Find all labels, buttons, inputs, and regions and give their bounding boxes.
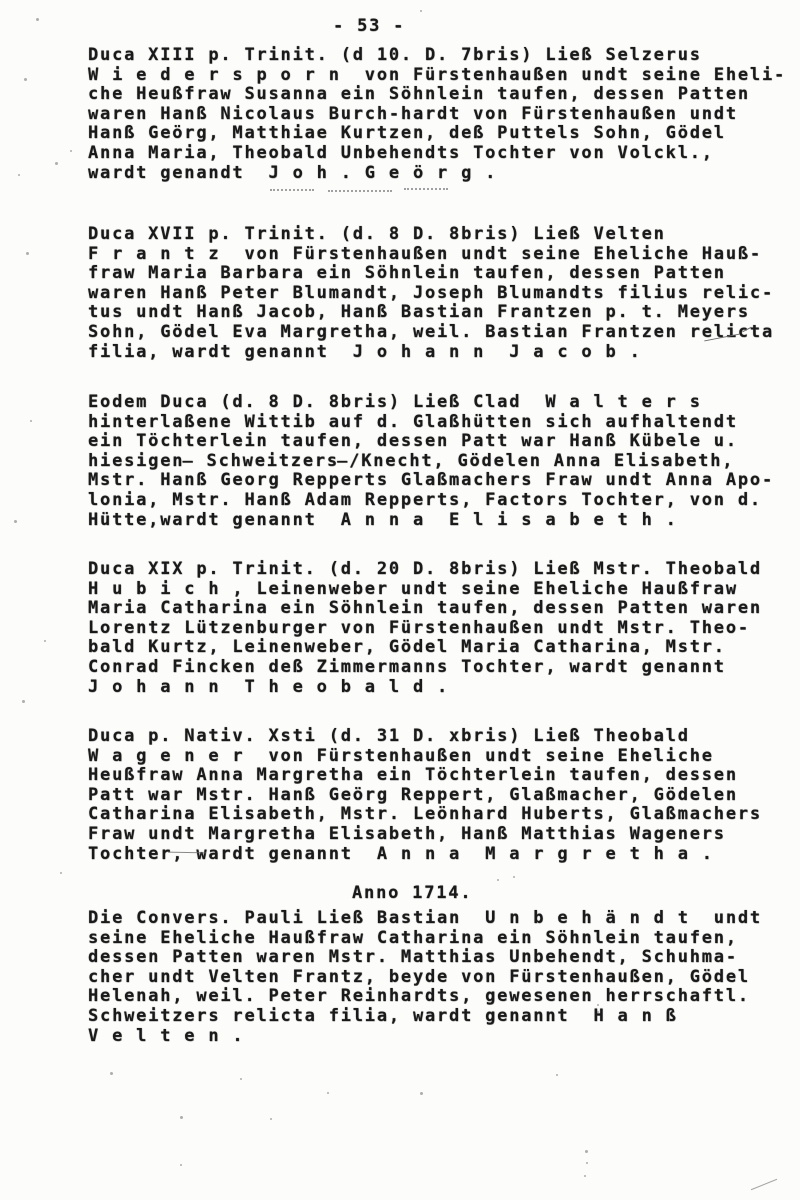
scan-speck bbox=[18, 174, 20, 176]
text-line: Catharina Elisabeth, Mstr. Leönhard Hube… bbox=[88, 805, 762, 825]
text-line: filia, wardt genannt J o h a n n J a c o… bbox=[88, 343, 774, 363]
text-line: seine Eheliche Haußfraw Catharina ein Sö… bbox=[88, 929, 762, 949]
scan-speck bbox=[55, 162, 58, 165]
scan-speck bbox=[420, 1092, 423, 1095]
text-line: che Heußfraw Susanna ein Söhnlein taufen… bbox=[88, 85, 786, 105]
scan-artifact-squiggle bbox=[751, 1179, 777, 1190]
scan-speck bbox=[597, 1004, 599, 1006]
scan-speck bbox=[584, 1175, 586, 1177]
text-line: Schweitzers relicta filia, wardt genannt… bbox=[88, 1007, 762, 1027]
text-line: Sohn, Gödel Eva Margretha, weil. Bastian… bbox=[88, 323, 774, 343]
baptism-entry-anna-elisabeth: Eodem Duca (d. 8 D. 8bris) Ließ Clad W a… bbox=[88, 393, 774, 530]
text-line: F r a n t z von Fürstenhaußen undt seine… bbox=[88, 245, 774, 265]
scan-speck bbox=[585, 1150, 588, 1153]
text-line: Duca XVII p. Trinit. (d. 8 D. 8bris) Lie… bbox=[88, 225, 774, 245]
text-line: Patt war Mstr. Hanß Geörg Reppert, Glaßm… bbox=[88, 786, 762, 806]
scan-speck bbox=[44, 640, 46, 642]
scan-speck bbox=[60, 872, 62, 874]
text-line: W a g e n e r von Fürstenhaußen undt sei… bbox=[88, 747, 762, 767]
text-line: bald Kurtz, Leinenweber, Gödel Maria Cat… bbox=[88, 638, 762, 658]
text-line: Hütte,wardt genannt A n n a E l i s a b … bbox=[88, 511, 774, 531]
text-line: lonia, Mstr. Hanß Adam Repperts, Factors… bbox=[88, 491, 774, 511]
scan-speck bbox=[180, 1116, 183, 1119]
page-number: - 53 - bbox=[333, 17, 405, 37]
text-line: hinterlaßene Wittib auf d. Glaßhütten si… bbox=[88, 413, 774, 433]
scan-speck bbox=[110, 1072, 113, 1075]
scan-speck bbox=[586, 1162, 588, 1164]
text-line: Helenah, weil. Peter Reinhardts, gewesen… bbox=[88, 987, 762, 1007]
text-line: Fraw undt Margretha Elisabeth, Hanß Matt… bbox=[88, 825, 762, 845]
scan-speck bbox=[14, 520, 17, 523]
scan-speck bbox=[327, 1092, 329, 1094]
scan-speck bbox=[22, 700, 25, 703]
text-line: Duca XIII p. Trinit. (d 10. D. 7bris) Li… bbox=[88, 46, 786, 66]
text-line: Die Convers. Pauli Ließ Bastian U n b e … bbox=[88, 909, 762, 929]
scan-speck bbox=[497, 879, 499, 881]
text-line: cher undt Velten Frantz, beyde von Fürst… bbox=[88, 968, 762, 988]
text-line: tus undt Hanß Jacob, Hanß Bastian Frantz… bbox=[88, 303, 774, 323]
scan-artifact-dashes bbox=[328, 190, 392, 192]
scan-artifact-dashes bbox=[404, 188, 448, 190]
scan-artifact-dashes bbox=[270, 189, 314, 191]
baptism-entry-anna-margretha: Duca p. Nativ. Xsti (d. 31 D. xbris) Lie… bbox=[88, 727, 762, 864]
scan-speck bbox=[597, 1011, 599, 1013]
scan-speck bbox=[240, 1078, 242, 1080]
text-line: Conrad Fincken deß Zimmermanns Tochter, … bbox=[88, 658, 762, 678]
text-line: Lorentz Lützenburger von Fürstenhaußen u… bbox=[88, 619, 762, 639]
scan-speck bbox=[24, 78, 27, 81]
text-line: fraw Maria Barbara ein Söhnlein taufen, … bbox=[88, 264, 774, 284]
scanned-document-page: - 53 - Duca XIII p. Trinit. (d 10. D. 7b… bbox=[0, 0, 800, 1200]
scan-speck bbox=[180, 1164, 182, 1166]
scan-speck bbox=[36, 18, 39, 21]
baptism-entry-joh-georg: Duca XIII p. Trinit. (d 10. D. 7bris) Li… bbox=[88, 46, 786, 183]
year-heading: Anno 1714. bbox=[352, 884, 472, 904]
scan-speck bbox=[270, 1118, 272, 1120]
scan-speck bbox=[26, 252, 29, 255]
text-line: ein Töchterlein taufen, dessen Patt war … bbox=[88, 432, 774, 452]
text-line: Anna Maria, Theobald Unbehendts Tochter … bbox=[88, 144, 786, 164]
text-line: Heußfraw Anna Margretha ein Töchterlein … bbox=[88, 766, 762, 786]
text-line: Mstr. Hanß Georg Repperts Glaßmachers Fr… bbox=[88, 471, 774, 491]
text-line: Hanß Geörg, Matthiae Kurtzen, deß Puttel… bbox=[88, 124, 786, 144]
text-line: Maria Catharina ein Söhnlein taufen, des… bbox=[88, 599, 762, 619]
baptism-entry-johann-jacob: Duca XVII p. Trinit. (d. 8 D. 8bris) Lie… bbox=[88, 225, 774, 362]
text-line: J o h a n n T h e o b a l d . bbox=[88, 678, 762, 698]
scan-speck bbox=[70, 150, 72, 152]
text-line: Duca XIX p. Trinit. (d. 20 D. 8bris) Lie… bbox=[88, 560, 762, 580]
text-line: dessen Patten waren Mstr. Matthias Unbeh… bbox=[88, 948, 762, 968]
text-line: wardt genandt J o h . G e ö r g . bbox=[88, 164, 786, 184]
scan-speck bbox=[420, 10, 422, 12]
text-line: H u b i c h , Leinenweber undt seine Ehe… bbox=[88, 580, 762, 600]
text-line: W i e d e r s p o r n von Fürstenhaußen … bbox=[88, 66, 786, 86]
text-line: waren Hanß Peter Blumandt, Joseph Bluman… bbox=[88, 284, 774, 304]
scan-speck bbox=[30, 420, 32, 422]
text-line: V e l t e n . bbox=[88, 1027, 762, 1047]
text-line: Tochter, wardt genannt A n n a M a r g r… bbox=[88, 845, 762, 865]
text-line: Duca p. Nativ. Xsti (d. 31 D. xbris) Lie… bbox=[88, 727, 762, 747]
text-line: waren Hanß Nicolaus Burch-hardt von Fürs… bbox=[88, 105, 786, 125]
text-line: hiesigen̶ Schweitzers̶/Knecht, Gödelen A… bbox=[88, 452, 774, 472]
scan-speck bbox=[513, 876, 515, 878]
scan-speck bbox=[556, 1074, 558, 1076]
baptism-entry-johann-theobald: Duca XIX p. Trinit. (d. 20 D. 8bris) Lie… bbox=[88, 560, 762, 697]
text-line: Eodem Duca (d. 8 D. 8bris) Ließ Clad W a… bbox=[88, 393, 774, 413]
baptism-entry-hanss-velten: Die Convers. Pauli Ließ Bastian U n b e … bbox=[88, 909, 762, 1046]
